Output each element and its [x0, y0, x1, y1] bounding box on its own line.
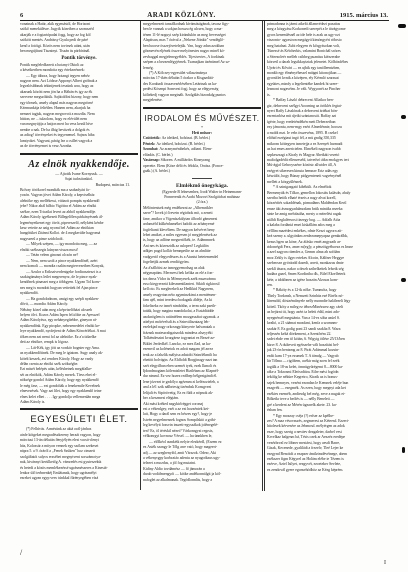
margin-mark	[401, 278, 406, 282]
page-corner-mark: I	[384, 560, 386, 566]
header-rule	[20, 20, 389, 21]
bottom-scribble: /	[20, 548, 22, 557]
text-line: nafoglet az alkalmanak. Tegódlonnlás, ho…	[143, 478, 261, 483]
issue-date: 1915. március 13.	[340, 12, 388, 19]
text-line: megjelenése.	[143, 98, 261, 103]
feature-body: Bolvay törökorel mondták ma a szabadyári…	[20, 188, 138, 406]
review-intro: (Egyzede B lelnesenhez, Irodt Walter in …	[143, 190, 261, 206]
column-divider-2	[264, 21, 265, 491]
section-rule-2	[20, 408, 138, 410]
page-header: 6 ARADI KÖZLÖNY. 1915. március 13.	[20, 10, 388, 20]
section-rule	[20, 153, 138, 155]
section-heading-review: Elmlékmő önegykága.	[143, 182, 261, 190]
column-divider-2-double	[262, 21, 263, 491]
margin-mark	[398, 24, 406, 28]
page-number: 6	[20, 12, 23, 19]
newspaper-page: 6 ARADI KÖZLÖNY. 1915. március 13. vonat…	[0, 0, 408, 572]
text-line: Ádám Károly is.	[20, 400, 138, 405]
section-heading-egyesuleti: EGYESÜLETI ÉLET.	[20, 413, 138, 427]
section-heading-pontik: Pontik törvénye.	[20, 55, 138, 63]
col1-intro-text: vonatnak a Határ, akik egymástól, de Hor…	[20, 22, 138, 55]
short-rule	[192, 178, 212, 179]
text-line: az de tórvényemet is vesz Azonba.	[20, 144, 138, 149]
program-row: gaák.) (A. bérlet.)	[143, 169, 261, 174]
col1-section1-text: Pontik megfeledkezett a hotanyi Oktolt a…	[20, 63, 138, 150]
section-rule-col2	[143, 107, 261, 109]
col1-section2-text: (*) Felhívás. Ármésünk az aktá orál·jánh…	[20, 427, 138, 481]
col2-intro-text: megyelmezett tansálkodnak kívánsáságának…	[143, 22, 261, 104]
column-divider-1-lower	[140, 380, 141, 490]
text-line: ezreket ugyan egyp vesv túnkkal fűrényeg…	[20, 476, 138, 481]
margin-mark	[402, 447, 405, 453]
column-divider-1	[140, 21, 141, 376]
weekly-program: Csütörtök: Az ideiked, bohózat. (B. bérl…	[143, 136, 261, 174]
section-heading-irodalom: IRODALOM ÉS MŰVÉSZET.	[143, 112, 261, 126]
newspaper-title: ARADI KÖZLÖNY.	[147, 11, 216, 19]
text-line: ez zendovál gyere egonsehödhöz az Kézg k…	[267, 468, 385, 473]
column-1: vonatnak a Határ, akik egymástól, de Hor…	[20, 22, 138, 482]
review-body: Mélöntenisek még emlékezni az „Albemrikl…	[143, 206, 261, 483]
column-3: primadonna is jármi atkelti államvédezi …	[267, 22, 385, 473]
col3-text: primadonna is jármi atkelti államvédezi …	[267, 22, 385, 473]
feature-heading: Az elnök nyakkendője.	[20, 158, 138, 172]
column-2: megyelmezett tansálkodnak kívánsáságának…	[143, 22, 261, 483]
margin-mark	[401, 115, 406, 119]
